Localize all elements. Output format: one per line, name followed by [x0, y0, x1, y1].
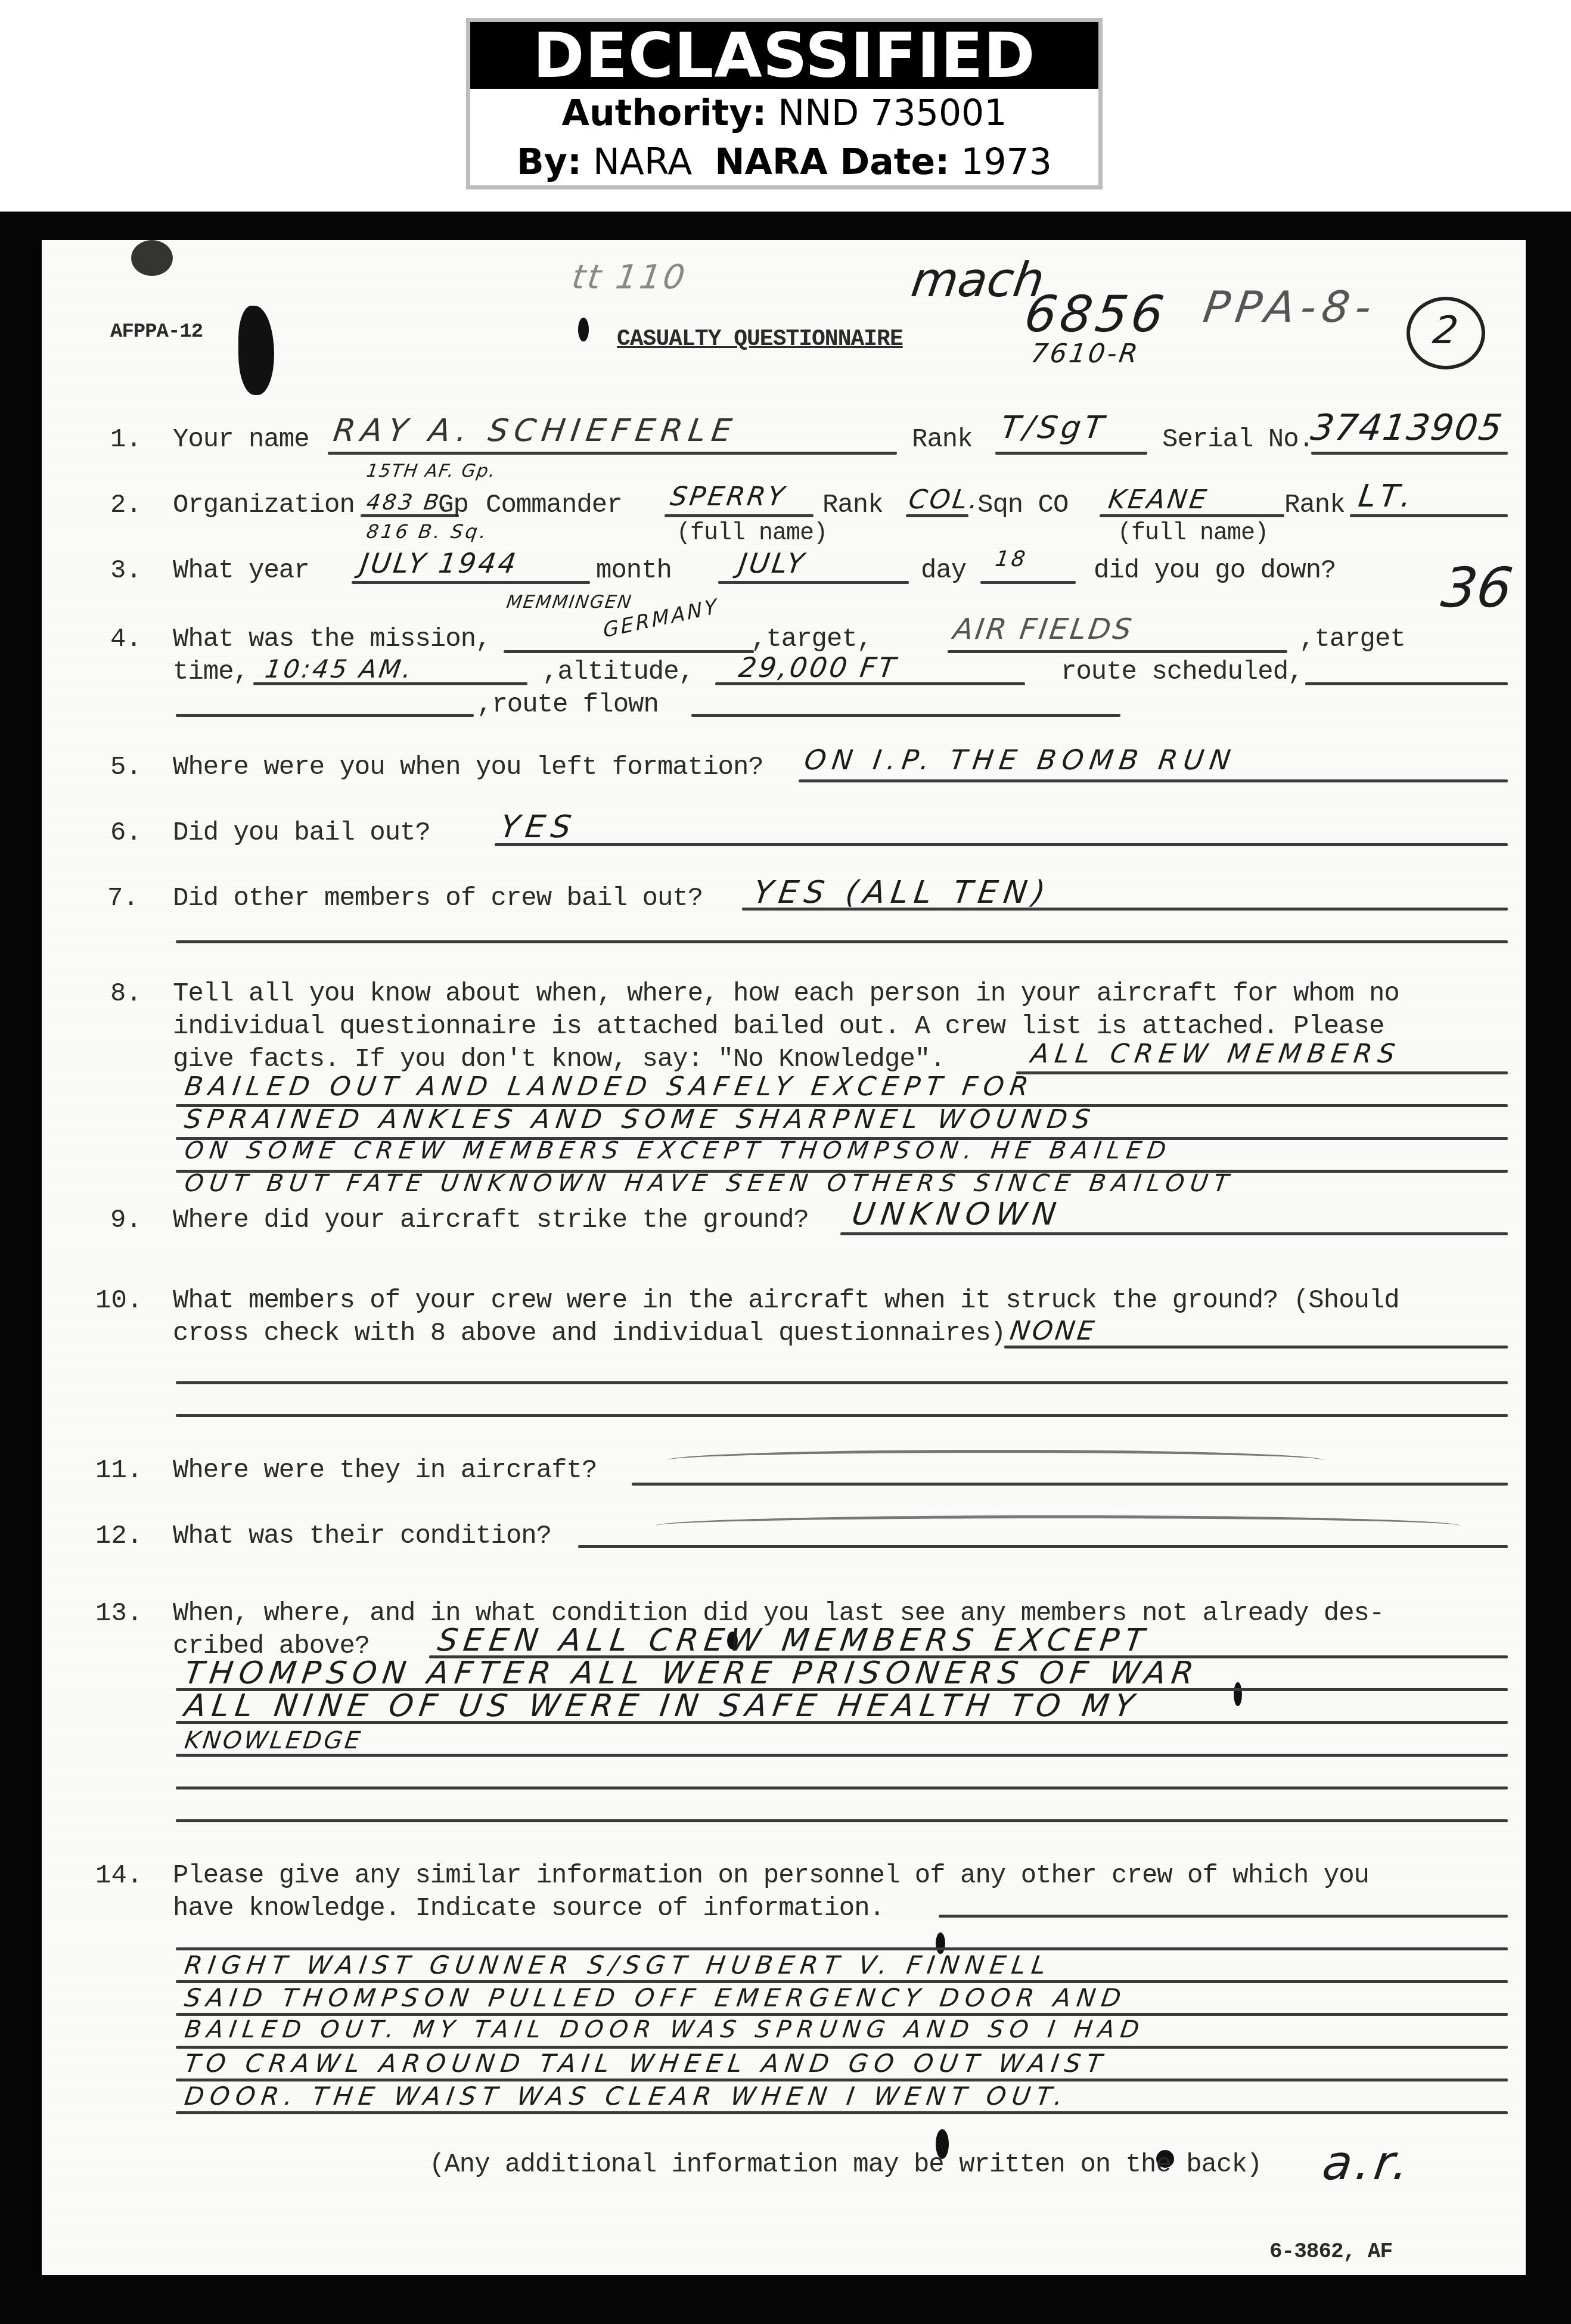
q7-number: 7.	[107, 884, 139, 914]
q4-time-value: 10:45 AM.	[263, 654, 416, 683]
q2-org-bottom: 816 B. Sq.	[365, 520, 490, 543]
q1-number: 1.	[110, 425, 142, 455]
q2-commander-label: Commander	[486, 490, 622, 520]
annotation-sub-number: 7610-R	[1029, 338, 1142, 369]
scanned-document: AFPPA-12 tt 110 mach 6856 PPA-8- 7610-R …	[0, 212, 1571, 2324]
q3-month-value: JULY	[737, 547, 808, 579]
q14-answer-line-5	[176, 2111, 1508, 2114]
q14-label-line-1: Please give any similar information on p…	[173, 1861, 1369, 1891]
q12-answer-line	[578, 1545, 1508, 1548]
q2-full-name-hint-2: (full name)	[1117, 520, 1268, 547]
ink-blot	[1234, 1682, 1242, 1706]
q6-number: 6.	[110, 818, 142, 848]
q9-number: 9.	[110, 1206, 142, 1235]
date-value: 1973	[961, 141, 1052, 183]
q13-answer-line-3-text: ALL NINE OF US WERE IN SAFE HEALTH TO MY	[182, 1688, 1142, 1724]
form-number: 6-3862, AF	[1269, 2239, 1392, 2264]
q8-label-line-2: individual questionnaire is attached bai…	[173, 1012, 1384, 1042]
q13-answer-line-4-text: KNOWLEDGE	[183, 1727, 364, 1754]
footer-initials: a.r.	[1319, 2135, 1416, 2191]
q12-number: 12.	[95, 1521, 142, 1551]
q4-target-time-label: ,target	[1299, 625, 1405, 654]
q8-label-line-1: Tell all you know about when, where, how…	[173, 979, 1399, 1009]
q8-answer-line-4-text: ON SOME CREW MEMBERS EXCEPT THOMPSON. HE…	[183, 1137, 1173, 1164]
q8-answer-line-1-text: ALL CREW MEMBERS	[1029, 1039, 1402, 1069]
q2-org-top: 15TH AF. Gp.	[365, 461, 498, 481]
q4-route-scheduled-line-2	[176, 714, 474, 717]
date-label: NARA Date:	[715, 141, 949, 183]
q4-route-flown-line	[691, 714, 1120, 717]
q8-number: 8.	[110, 979, 142, 1009]
q12-strike-scribble	[656, 1515, 1460, 1536]
q4-route-scheduled-label: route scheduled,	[1061, 657, 1303, 687]
q13-answer-line-6	[176, 1819, 1508, 1822]
q10-label-line-2: cross check with 8 above and individual …	[173, 1319, 1005, 1349]
q1-rank-value: T/SgT	[999, 410, 1109, 446]
q3-month-line	[718, 581, 909, 584]
q4-altitude-label: ,altitude,	[542, 657, 694, 687]
declassified-stamp: DECLASSIFIED Authority: NND 735001 By: N…	[466, 18, 1103, 189]
by-label: By:	[517, 141, 582, 183]
by-value: NARA	[593, 141, 692, 183]
q4-route-scheduled-line	[1305, 682, 1508, 685]
q4-target-line	[948, 650, 1287, 653]
q3-day-label: day	[921, 556, 966, 586]
form-title: CASUALTY QUESTIONNAIRE	[617, 327, 903, 352]
q5-label: Where were you when you left formation?	[173, 753, 763, 782]
q1-name-value: RAY A. SCHIEFERLE	[331, 413, 740, 449]
footer-note: (Any additional information may be writt…	[429, 2150, 1262, 2180]
q8-answer-line-2-text: BAILED OUT AND LANDED SAFELY EXCEPT FOR	[182, 1071, 1036, 1102]
q14-answer-line-3-text: BAILED OUT. MY TAIL DOOR WAS SPRUNG AND …	[183, 2016, 1147, 2043]
q6-answer: YES	[498, 809, 579, 845]
q3-year-line	[352, 581, 590, 584]
q3-month-label: month	[596, 556, 672, 586]
q14-answer-line-4-text: TO CRAWL AROUND TAIL WHEEL AND GO OUT WA…	[183, 2049, 1110, 2078]
q4-altitude-value: 29,000 FT	[737, 651, 900, 683]
q13-answer-line-4	[176, 1754, 1508, 1757]
q10-number: 10.	[95, 1286, 142, 1316]
q6-label: Did you bail out?	[173, 818, 430, 848]
form-id: AFPPA-12	[110, 321, 203, 343]
q2-commander-rank-label: Rank	[822, 490, 883, 520]
q1-serial-line	[1311, 452, 1508, 455]
q8-answer-line-1	[1016, 1071, 1508, 1074]
q4-number: 4.	[110, 625, 142, 654]
ink-blot	[131, 240, 173, 276]
q1-serial-value: 37413905	[1308, 407, 1505, 449]
q5-answer-line	[799, 779, 1508, 782]
q13-answer-line-1-text: SEEN ALL CREW MEMBERS EXCEPT	[436, 1623, 1152, 1658]
q10-answer: NONE	[1008, 1316, 1098, 1346]
q3-year-label: What year	[173, 556, 309, 586]
annotation-file-number: 6856	[1021, 285, 1171, 343]
q11-answer-line	[632, 1483, 1508, 1486]
q11-label: Where were they in aircraft?	[173, 1456, 597, 1486]
q2-gp-label: Gp	[438, 490, 468, 520]
q14-number: 14.	[95, 1861, 142, 1891]
q1-rank-label: Rank	[912, 425, 973, 455]
questionnaire-page: AFPPA-12 tt 110 mach 6856 PPA-8- 7610-R …	[42, 240, 1526, 2275]
q10-answer-line-3	[176, 1414, 1508, 1417]
q6-answer-line	[495, 843, 1508, 846]
q10-answer-line-2	[176, 1381, 1508, 1384]
q8-answer-line-5-text: OUT BUT FATE UNKNOWN HAVE SEEN OTHERS SI…	[183, 1170, 1236, 1197]
q4-route-flown-label: ,route flown	[477, 690, 659, 720]
q11-number: 11.	[95, 1456, 142, 1486]
q9-answer-line	[840, 1232, 1508, 1235]
authority-value: NND 735001	[778, 92, 1007, 134]
authority-label: Authority:	[562, 92, 767, 134]
q13-answer-line-2-text: THOMPSON AFTER ALL WERE PRISONERS OF WAR	[182, 1655, 1201, 1691]
q9-label: Where did your aircraft strike the groun…	[173, 1206, 809, 1235]
q7-answer-line-2	[176, 940, 1508, 943]
q5-answer: ON I.P. THE BOMB RUN	[802, 744, 1238, 776]
q4-time-label: time,	[173, 657, 249, 687]
q14-answer-line-5-text: DOOR. THE WAIST WAS CLEAR WHEN I WENT OU…	[183, 2081, 1071, 2111]
q2-commander-value: SPERRY	[668, 481, 788, 512]
q4-target-value: AIR FIELDS	[951, 613, 1136, 646]
q3-year-value: JULY 1944	[358, 547, 520, 579]
q14-answer-line-1-text: RIGHT WAIST GUNNER S/SGT HUBERT V. FINNE…	[183, 1950, 1054, 1980]
q13-number: 13.	[95, 1599, 142, 1629]
q5-number: 5.	[110, 753, 142, 782]
q4-mission-label: What was the mission,	[173, 625, 491, 654]
q14-answer-line-0	[939, 1915, 1508, 1918]
q7-label: Did other members of crew bail out?	[173, 884, 703, 914]
q3-day-line	[980, 581, 1076, 584]
q1-rank-line	[995, 452, 1147, 455]
q1-label: Your name	[173, 425, 309, 455]
ink-blot	[578, 318, 589, 341]
q8-answer-line-3-text: SPRAINED ANKLES AND SOME SHARPNEL WOUNDS	[182, 1104, 1098, 1135]
q13-answer-line-5	[176, 1787, 1508, 1789]
q14-label-line-2: have knowledge. Indicate source of infor…	[173, 1894, 884, 1924]
stamp-title: DECLASSIFIED	[470, 22, 1098, 89]
annotation-left: tt 110	[569, 258, 690, 297]
ink-blot	[238, 306, 274, 395]
margin-note: 36	[1438, 556, 1516, 620]
q12-label: What was their condition?	[173, 1521, 551, 1551]
q7-answer: YES (ALL TEN)	[752, 875, 1054, 911]
q4-target-label: ,target,	[751, 625, 872, 654]
q10-label-line-1: What members of your crew were in the ai…	[173, 1286, 1399, 1316]
q2-sqn-co-label: Sqn CO	[977, 490, 1068, 520]
q2-sqn-co-rank-value: LT.	[1356, 479, 1420, 514]
q4-mission-top: MEMMINGEN	[505, 592, 634, 613]
q9-answer: UNKNOWN	[850, 1197, 1064, 1232]
q11-strike-scribble	[667, 1450, 1323, 1471]
q1-name-line	[328, 452, 897, 455]
q2-commander-line	[665, 514, 814, 517]
q2-sqn-co-value: KEANE	[1106, 484, 1210, 515]
q4-mission-line	[504, 650, 754, 653]
q2-number: 2.	[110, 490, 142, 520]
q2-sqn-co-rank-line	[1350, 514, 1508, 517]
q3-day-value: 18	[993, 547, 1029, 571]
annotation-suffix: PPA-8-	[1200, 282, 1380, 332]
q2-commander-rank-value: COL.	[906, 484, 982, 515]
q2-sqn-co-rank-label: Rank	[1284, 490, 1345, 520]
q1-serial-label: Serial No.	[1162, 425, 1314, 455]
q2-full-name-hint-1: (full name)	[676, 520, 827, 547]
stamp-by-date: By: NARA NARA Date: 1973	[470, 138, 1098, 187]
q2-label: Organization	[173, 490, 355, 520]
q3-end-label: did you go down?	[1094, 556, 1336, 586]
q8-label-line-3: give facts. If you don't know, say: "No …	[173, 1045, 945, 1074]
q3-number: 3.	[110, 556, 142, 586]
stamp-authority: Authority: NND 735001	[470, 89, 1098, 138]
circled-number-text: 2	[1430, 309, 1467, 353]
q14-answer-line-2-text: SAID THOMPSON PULLED OFF EMERGENCY DOOR …	[183, 1983, 1129, 2012]
